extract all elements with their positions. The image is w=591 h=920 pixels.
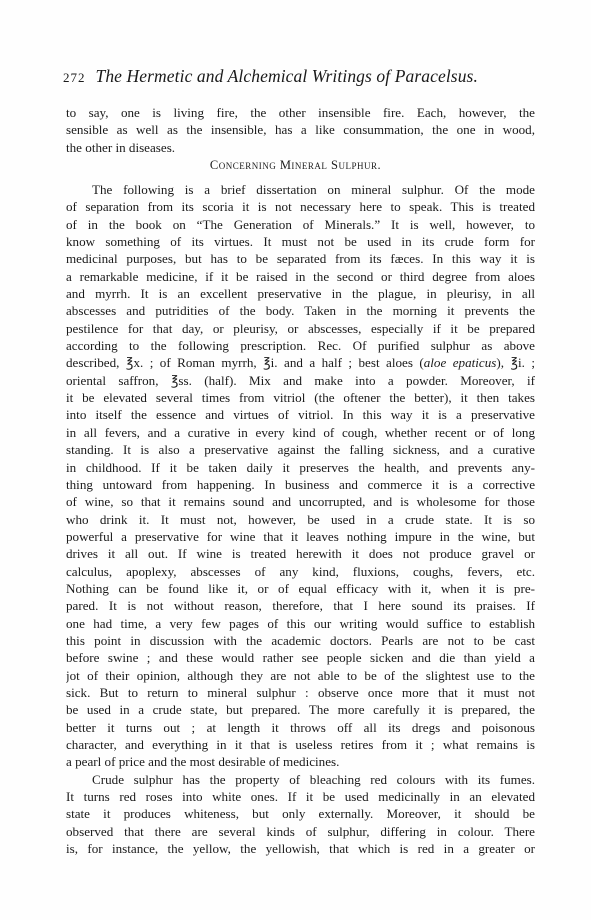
text-line: who drink it. It must not, however, be u… <box>66 511 535 528</box>
text-line: know something of its virtues. It must n… <box>66 233 535 250</box>
text-line: of separation from its scoria it is not … <box>66 198 535 215</box>
text-line: It turns red roses into white ones. If i… <box>66 788 535 805</box>
text-line: be used in a crude state, but prepared. … <box>66 701 535 718</box>
text-line: according to the following prescription.… <box>66 337 535 354</box>
running-head: 272The Hermetic and Alchemical Writings … <box>63 65 523 89</box>
text-line: thing untoward from happening. In busine… <box>66 476 535 493</box>
text-line: standing. It is also a preservative agai… <box>66 441 535 458</box>
section-heading: Concerning Mineral Sulphur. <box>0 156 591 174</box>
text-line: of wine, so that it remains sound and un… <box>66 493 535 510</box>
text-line: before swine ; and these would rather se… <box>66 649 535 666</box>
text-line: a remarkable medicine, if it be raised i… <box>66 268 535 285</box>
text-segment: ), ℥i. ; <box>496 355 535 370</box>
text-line: Crude sulphur has the property of bleach… <box>66 771 535 788</box>
text-segment: described, ℥x. ; of Roman myrrh, ℥i. and… <box>66 355 424 370</box>
text-line: into itself the essence and virtues of v… <box>66 406 535 423</box>
text-line: in childhood. If it be taken daily it pr… <box>66 459 535 476</box>
text-line: powerful a preservative for wine that it… <box>66 528 535 545</box>
text-line: pared. It is not without reason, therefo… <box>66 597 535 614</box>
text-line: medicinal purposes, but has to be separa… <box>66 250 535 267</box>
text-line: is, for instance, the yellow, the yellow… <box>66 840 535 857</box>
text-line: drives it all out. If wine is treated he… <box>66 545 535 562</box>
text-line: jot of their opinion, although they are … <box>66 667 535 684</box>
text-line: this point in discussion with the academ… <box>66 632 535 649</box>
text-line: calculus, apoplexy, abscesses of any kin… <box>66 563 535 580</box>
text-line: a pearl of price and the most desirable … <box>66 753 535 770</box>
text-line: the other in diseases. <box>66 139 535 156</box>
text-line: Nothing can be found like it, or of equa… <box>66 580 535 597</box>
text-line: to say, one is living fire, the other in… <box>66 104 535 121</box>
text-line: oriental saffron, ℥ss. (half). Mix and m… <box>66 372 535 389</box>
text-line: sensible as well as the insensible, has … <box>66 121 535 138</box>
book-page: 272The Hermetic and Alchemical Writings … <box>0 0 591 920</box>
text-line: observed that there are several kinds of… <box>66 823 535 840</box>
section-body: The following is a brief dissertation on… <box>66 181 535 857</box>
text-line: better it turns out ; at length it throw… <box>66 719 535 736</box>
text-line: it be elevated several times from vitrio… <box>66 389 535 406</box>
italic-term: aloe epaticus <box>424 355 497 370</box>
text-line: sick. But to return to mineral sulphur :… <box>66 684 535 701</box>
text-line: of in the book on “The Generation of Min… <box>66 216 535 233</box>
page-number: 272 <box>63 70 86 85</box>
text-line: one had time, a very few pages of this o… <box>66 615 535 632</box>
text-line: state it produces whiteness, but only ex… <box>66 805 535 822</box>
text-line: character, and everything in it that is … <box>66 736 535 753</box>
text-line: abscesses and putridities of the body. T… <box>66 302 535 319</box>
text-line: and myrrh. It is an excellent preservati… <box>66 285 535 302</box>
text-line-with-italic: described, ℥x. ; of Roman myrrh, ℥i. and… <box>66 354 535 371</box>
text-line: in all fevers, and a curative in every k… <box>66 424 535 441</box>
text-line: The following is a brief dissertation on… <box>66 181 535 198</box>
running-title: The Hermetic and Alchemical Writings of … <box>96 66 478 86</box>
intro-paragraph: to say, one is living fire, the other in… <box>66 104 535 156</box>
text-line: pestilence for that day, or pleurisy, or… <box>66 320 535 337</box>
